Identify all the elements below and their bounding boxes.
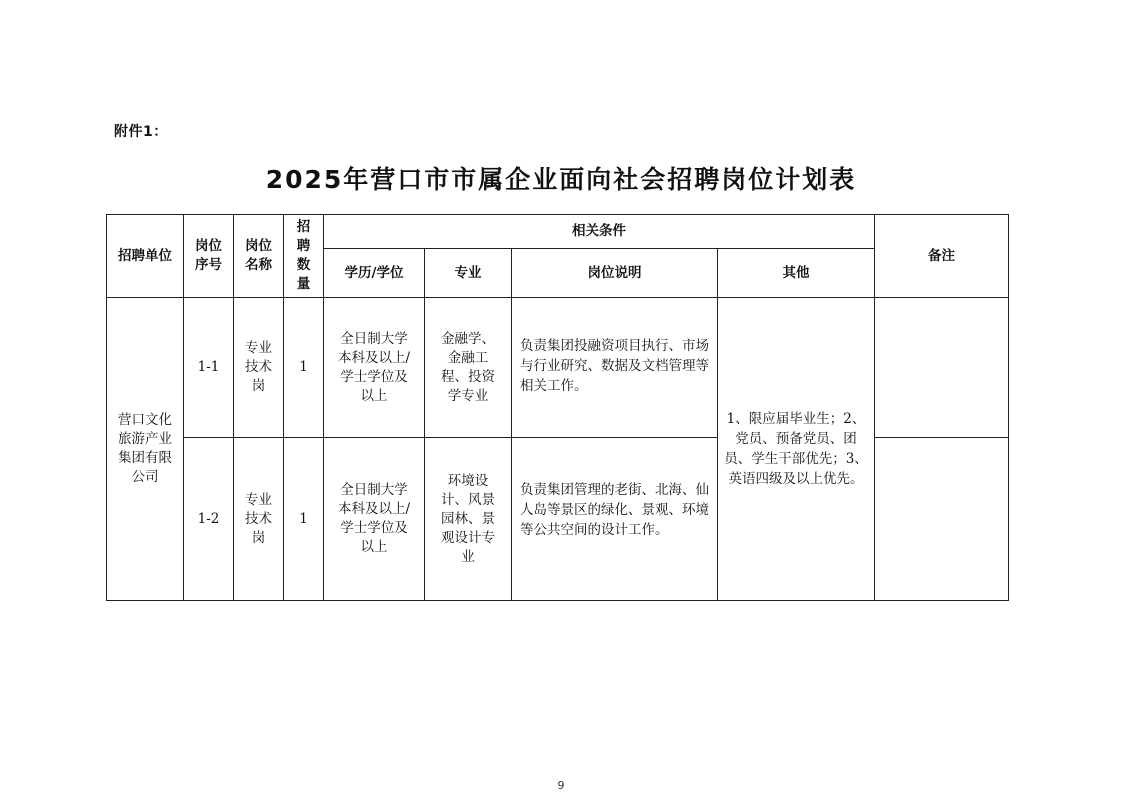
header-name: 岗位名称 [234, 215, 284, 298]
education-cell: 全日制大学本科及以上/学士学位及以上 [324, 298, 425, 438]
description-cell: 负责集团管理的老街、北海、仙人岛等景区的绿化、景观、环境等公共空间的设计工作。 [512, 438, 718, 601]
header-seq: 岗位序号 [184, 215, 234, 298]
recruitment-plan-table: 招聘单位 岗位序号 岗位名称 招聘数量 相关条件 备注 学历/学位 专业 岗位说… [106, 214, 1009, 601]
header-description: 岗位说明 [512, 249, 718, 298]
remarks-cell [875, 438, 1009, 601]
header-education: 学历/学位 [324, 249, 425, 298]
header-count: 招聘数量 [284, 215, 324, 298]
page-title: 2025年营口市市属企业面向社会招聘岗位计划表 [0, 160, 1122, 196]
header-major: 专业 [425, 249, 512, 298]
job-name-cell: 专业技术岗 [234, 438, 284, 601]
seq-cell: 1-1 [184, 298, 234, 438]
job-name-cell: 专业技术岗 [234, 298, 284, 438]
education-cell: 全日制大学本科及以上/学士学位及以上 [324, 438, 425, 601]
table-row: 营口文化旅游产业集团有限公司 1-1 专业技术岗 1 全日制大学本科及以上/学士… [107, 298, 1009, 438]
major-cell: 金融学、金融工程、投资学专业 [425, 298, 512, 438]
header-conditions: 相关条件 [324, 215, 875, 249]
seq-cell: 1-2 [184, 438, 234, 601]
count-cell: 1 [284, 298, 324, 438]
header-row-1: 招聘单位 岗位序号 岗位名称 招聘数量 相关条件 备注 [107, 215, 1009, 249]
page-number: 9 [0, 779, 1122, 792]
header-unit: 招聘单位 [107, 215, 184, 298]
attachment-label: 附件1： [114, 121, 168, 141]
count-cell: 1 [284, 438, 324, 601]
header-other: 其他 [718, 249, 875, 298]
header-remarks: 备注 [875, 215, 1009, 298]
unit-cell: 营口文化旅游产业集团有限公司 [107, 298, 184, 601]
description-cell: 负责集团投融资项目执行、市场与行业研究、数据及文档管理等相关工作。 [512, 298, 718, 438]
other-requirements-cell: 1、限应届毕业生；2、党员、预备党员、团员、学生干部优先；3、英语四级及以上优先… [718, 298, 875, 601]
remarks-cell [875, 298, 1009, 438]
major-cell: 环境设计、风景园林、景观设计专业 [425, 438, 512, 601]
